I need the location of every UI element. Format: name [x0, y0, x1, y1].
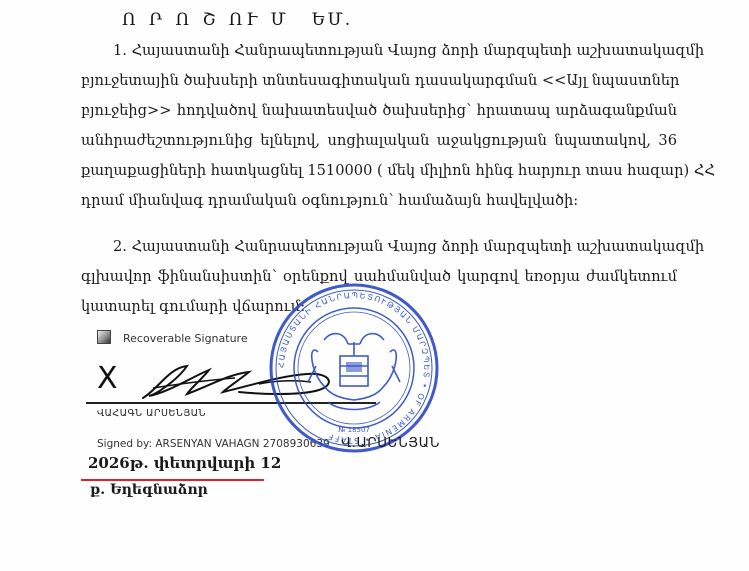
date-underline — [81, 479, 264, 481]
heading-word-am: ԵՄ. — [312, 10, 352, 30]
signature-label-text: Recoverable Signature — [123, 332, 248, 345]
document-page: Ո Ր Ո Շ ՈՒ ՄԵՄ. 1. Հայաստանի Հանրապետութ… — [0, 0, 749, 571]
decision-heading: Ո Ր Ո Շ ՈՒ ՄԵՄ. — [122, 10, 352, 30]
document-date: 2026թ. փետրվարի 12 — [88, 454, 281, 472]
paragraph-line: բյուջեից>> հոդվածով նախատեսված ծախսերից՝… — [81, 96, 677, 126]
signature-x-mark: X — [97, 364, 118, 394]
document-place: ք. Եղեգնաձոր — [90, 482, 208, 498]
signature-image-icon — [97, 330, 111, 344]
stamp-number: № 18507 — [338, 426, 370, 434]
paragraph-line: դրամ միանվագ դրամական օգնություն՝ համաձա… — [81, 186, 677, 216]
paragraph-line: 1. Հայաստանի Հանրապետության Վայոց ձորի մ… — [81, 36, 677, 66]
signer-short-name: Վ.ԱՐՍԵՆՅԱՆ — [341, 435, 440, 451]
paragraph-line: 2. Հայաստանի Հանրապետության Վայոց ձորի մ… — [81, 232, 677, 262]
paragraph-line: քաղաքացիների հատկացնել 1510000 ( մեկ միլ… — [81, 156, 677, 186]
heading-word-decide: Ո Ր Ո Շ ՈՒ Մ — [122, 10, 290, 30]
official-stamp-icon: ՀԱՅԱՍՏԱՆԻ ՀԱՆՐԱՊԵՏՈՒԹՅԱՆ ՄԱՐԶՊԵՏ • OF AR… — [268, 282, 440, 454]
paragraph-1: 1. Հայաստանի Հանրապետության Վայոց ձորի մ… — [81, 36, 677, 216]
recoverable-signature-label: Recoverable Signature — [97, 330, 248, 345]
signer-printed-name: ՎԱՀԱԳՆ ԱՐՍԵՆՅԱՆ — [97, 408, 206, 419]
paragraph-line: բյուջետային ծախսերի տնտեսագիտական դասակա… — [81, 66, 677, 96]
paragraph-line: անհրաժեշտությունից ելնելով, սոցիալական ա… — [81, 126, 677, 156]
